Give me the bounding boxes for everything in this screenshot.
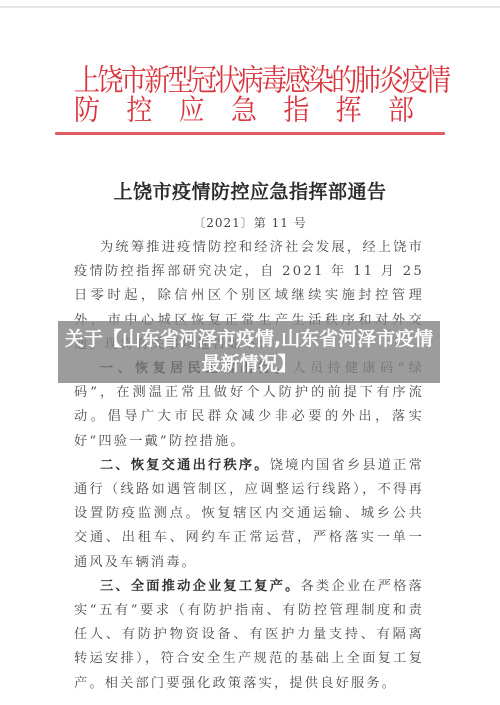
- letterhead-red-rule: [55, 132, 445, 135]
- letterhead-line-2: 防 控 应 急 指 挥 部: [74, 94, 414, 127]
- section-heading: 二、恢复交通出行秩序。: [100, 458, 270, 473]
- section-text: 饶境内国省乡县道正常通行（线路如遇管制区，应调整运行线路），不得再设置防疫监测点…: [74, 458, 424, 570]
- section-paragraph: 二、恢复交通出行秩序。饶境内国省乡县道正常通行（线路如遇管制区，应调整运行线路）…: [74, 454, 424, 575]
- letterhead-char: 急: [231, 94, 257, 127]
- letterhead-char: 挥: [336, 94, 362, 127]
- article-title-overlay[interactable]: 关于【山东省河泽市疫情,山东省河泽市疫情最新情况】: [58, 321, 440, 383]
- section-heading: 三、全面推动企业复工复产。: [100, 579, 301, 594]
- document-number: 〔2021〕第 11 号: [0, 214, 500, 231]
- letterhead-char: 指: [283, 94, 309, 127]
- section-paragraph: 三、全面推动企业复工复产。各类企业在严格落实“五有”要求（有防护指南、有防控管理…: [74, 575, 424, 696]
- top-divider: [0, 6, 500, 8]
- letterhead-char: 应: [179, 94, 205, 127]
- letterhead-char: 控: [126, 94, 152, 127]
- notice-title: 上饶市疫情防控应急指挥部通告: [0, 177, 500, 204]
- letterhead-char: 防: [74, 94, 100, 127]
- section-text: 各类企业在严格落实“五有”要求（有防护指南、有防控管理制度和责任人、有防护物资设…: [74, 579, 424, 691]
- overlay-title: 关于【山东省河泽市疫情,山东省河泽市疫情最新情况】: [63, 327, 435, 377]
- notice-body: 为统筹推进疫情防控和经济社会发展，经上饶市疫情防控指挥部研究决定，自 2021 …: [74, 236, 424, 696]
- letterhead-char: 部: [388, 94, 414, 127]
